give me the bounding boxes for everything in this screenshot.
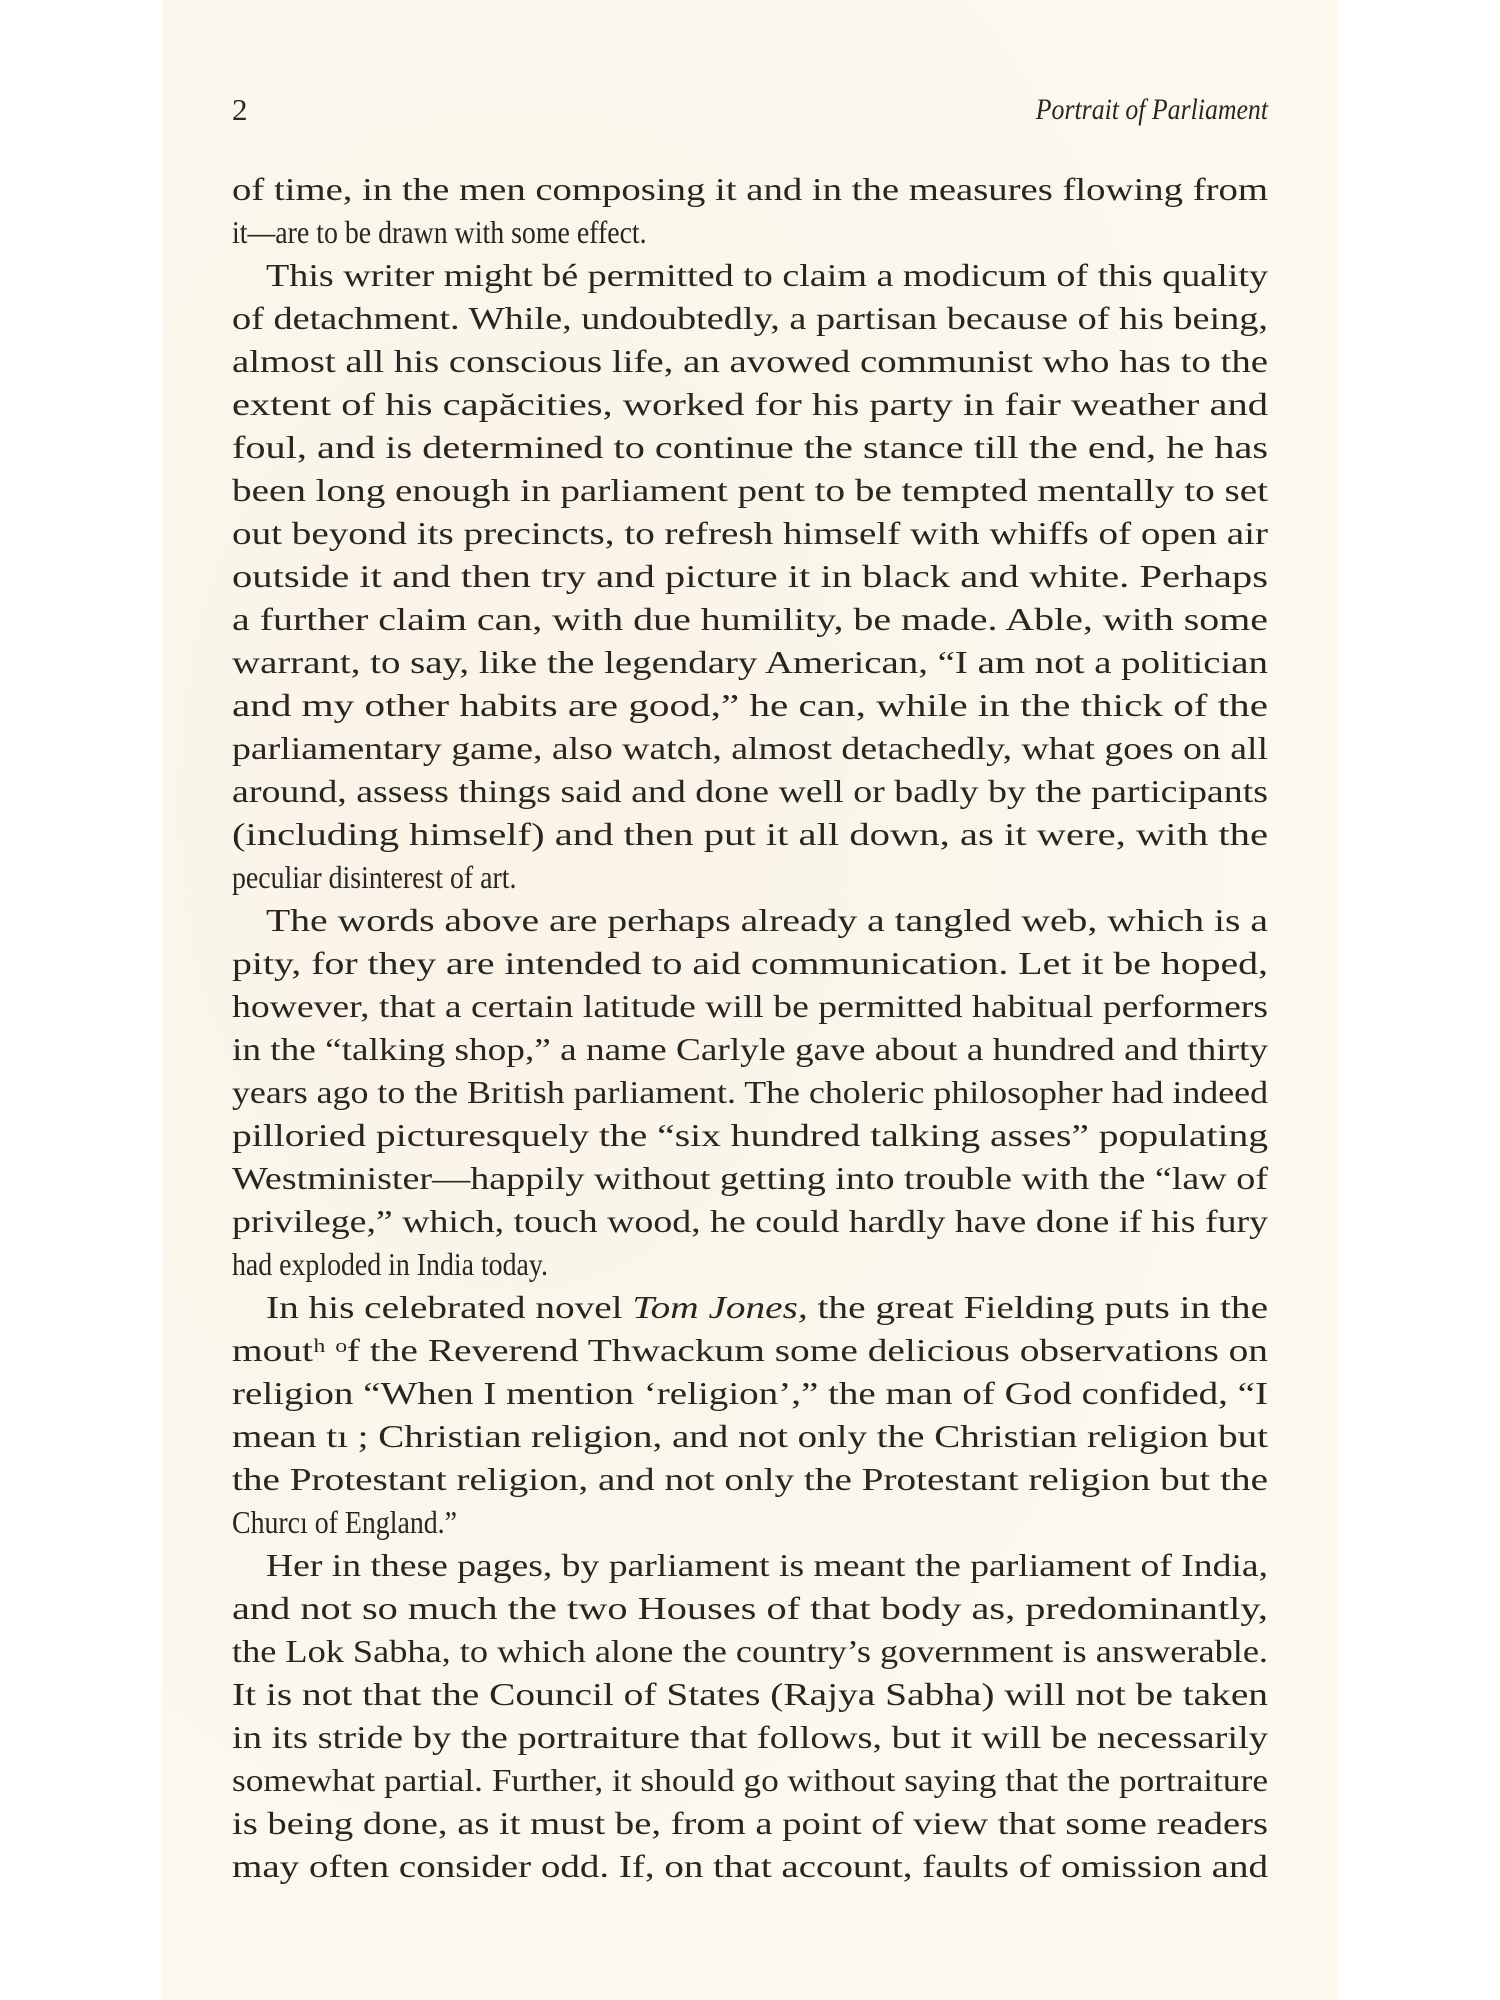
text-line: had exploded in India today. <box>232 1243 1268 1286</box>
text-line: (including himself) and then put it all … <box>232 813 1268 856</box>
text-line: pity, for they are intended to aid commu… <box>232 942 1268 985</box>
paragraph: This writer might bé permitted to claim… <box>232 254 1268 899</box>
text-line: may often consider odd. If, on that acco… <box>232 1845 1268 1888</box>
text-line: foul, and is determined to continue the … <box>232 426 1268 469</box>
text-line: of detachment. While, undoubtedly, a par… <box>232 297 1268 340</box>
paragraph: The words above are perhaps already a ta… <box>232 899 1268 1286</box>
body-text: of time, in the men composing it and in … <box>232 168 1268 1888</box>
text-line: almost all his conscious life, an avowed… <box>232 340 1268 383</box>
text-line: peculiar disinterest of art. <box>232 856 1268 899</box>
text-line: In his celebrated novel Tom Jones, the g… <box>232 1286 1268 1329</box>
text-line: however, that a certain latitude will be… <box>232 985 1268 1028</box>
paragraph: of time, in the men composing it and in … <box>232 168 1268 254</box>
paragraph: Her in these pages, by parliament is mea… <box>232 1544 1268 1888</box>
text-line: around, assess things said and done well… <box>232 770 1268 813</box>
text-line: religion “When I mention ‘religion’,” th… <box>232 1372 1268 1415</box>
running-head: 2 Portrait of Parliament <box>232 90 1268 130</box>
text-line: in the “talking shop,” a name Carlyle ga… <box>232 1028 1268 1071</box>
text-line: It is not that the Council of States (Ra… <box>232 1673 1268 1716</box>
paragraph: In his celebrated novel Tom Jones, the g… <box>232 1286 1268 1544</box>
text-line: warrant, to say, like the legendary Amer… <box>232 641 1268 684</box>
text-line: and not so much the two Houses of that b… <box>232 1587 1268 1630</box>
text-line: the Lok Sabha, to which alone the countr… <box>232 1630 1268 1673</box>
text-line: mean tı ; Christian religion, and not on… <box>232 1415 1268 1458</box>
text-line: Churcı of England.” <box>232 1501 1268 1544</box>
italic-book-title: Tom Jones, <box>632 1289 807 1325</box>
text-line: out beyond its precincts, to refresh him… <box>232 512 1268 555</box>
text-line: moutʰ ᵒf the Reverend Thwackum some deli… <box>232 1329 1268 1372</box>
text-line: it—are to be drawn with some effect. <box>232 211 1268 254</box>
page-number: 2 <box>232 90 248 130</box>
book-title: Portrait of Parliament <box>1036 90 1268 130</box>
text-line: extent of his capăcities, worked for hi… <box>232 383 1268 426</box>
text-line: the Protestant religion, and not only th… <box>232 1458 1268 1501</box>
text-line: outside it and then try and picture it i… <box>232 555 1268 598</box>
text-line: somewhat partial. Further, it should go … <box>232 1759 1268 1802</box>
text-line: in its stride by the portraiture that fo… <box>232 1716 1268 1759</box>
text-line: and my other habits are good,” he can, w… <box>232 684 1268 727</box>
text-line: This writer might bé permitted to claim… <box>232 254 1268 297</box>
text-line: pilloried picturesquely the “six hundred… <box>232 1114 1268 1157</box>
text-line: years ago to the British parliament. The… <box>232 1071 1268 1114</box>
text-line: of time, in the men composing it and in … <box>232 168 1268 211</box>
text-line: parliamentary game, also watch, almost d… <box>232 727 1268 770</box>
text-line: Westminister—happily without getting int… <box>232 1157 1268 1200</box>
book-page: 2 Portrait of Parliament of time, in the… <box>162 0 1338 2000</box>
text-line: The words above are perhaps already a ta… <box>232 899 1268 942</box>
text-line: been long enough in parliament pent to b… <box>232 469 1268 512</box>
text-line: a further claim can, with due humility, … <box>232 598 1268 641</box>
text-line: Her in these pages, by parliament is mea… <box>232 1544 1268 1587</box>
text-line: is being done, as it must be, from a poi… <box>232 1802 1268 1845</box>
text-line: privilege,” which, touch wood, he could … <box>232 1200 1268 1243</box>
